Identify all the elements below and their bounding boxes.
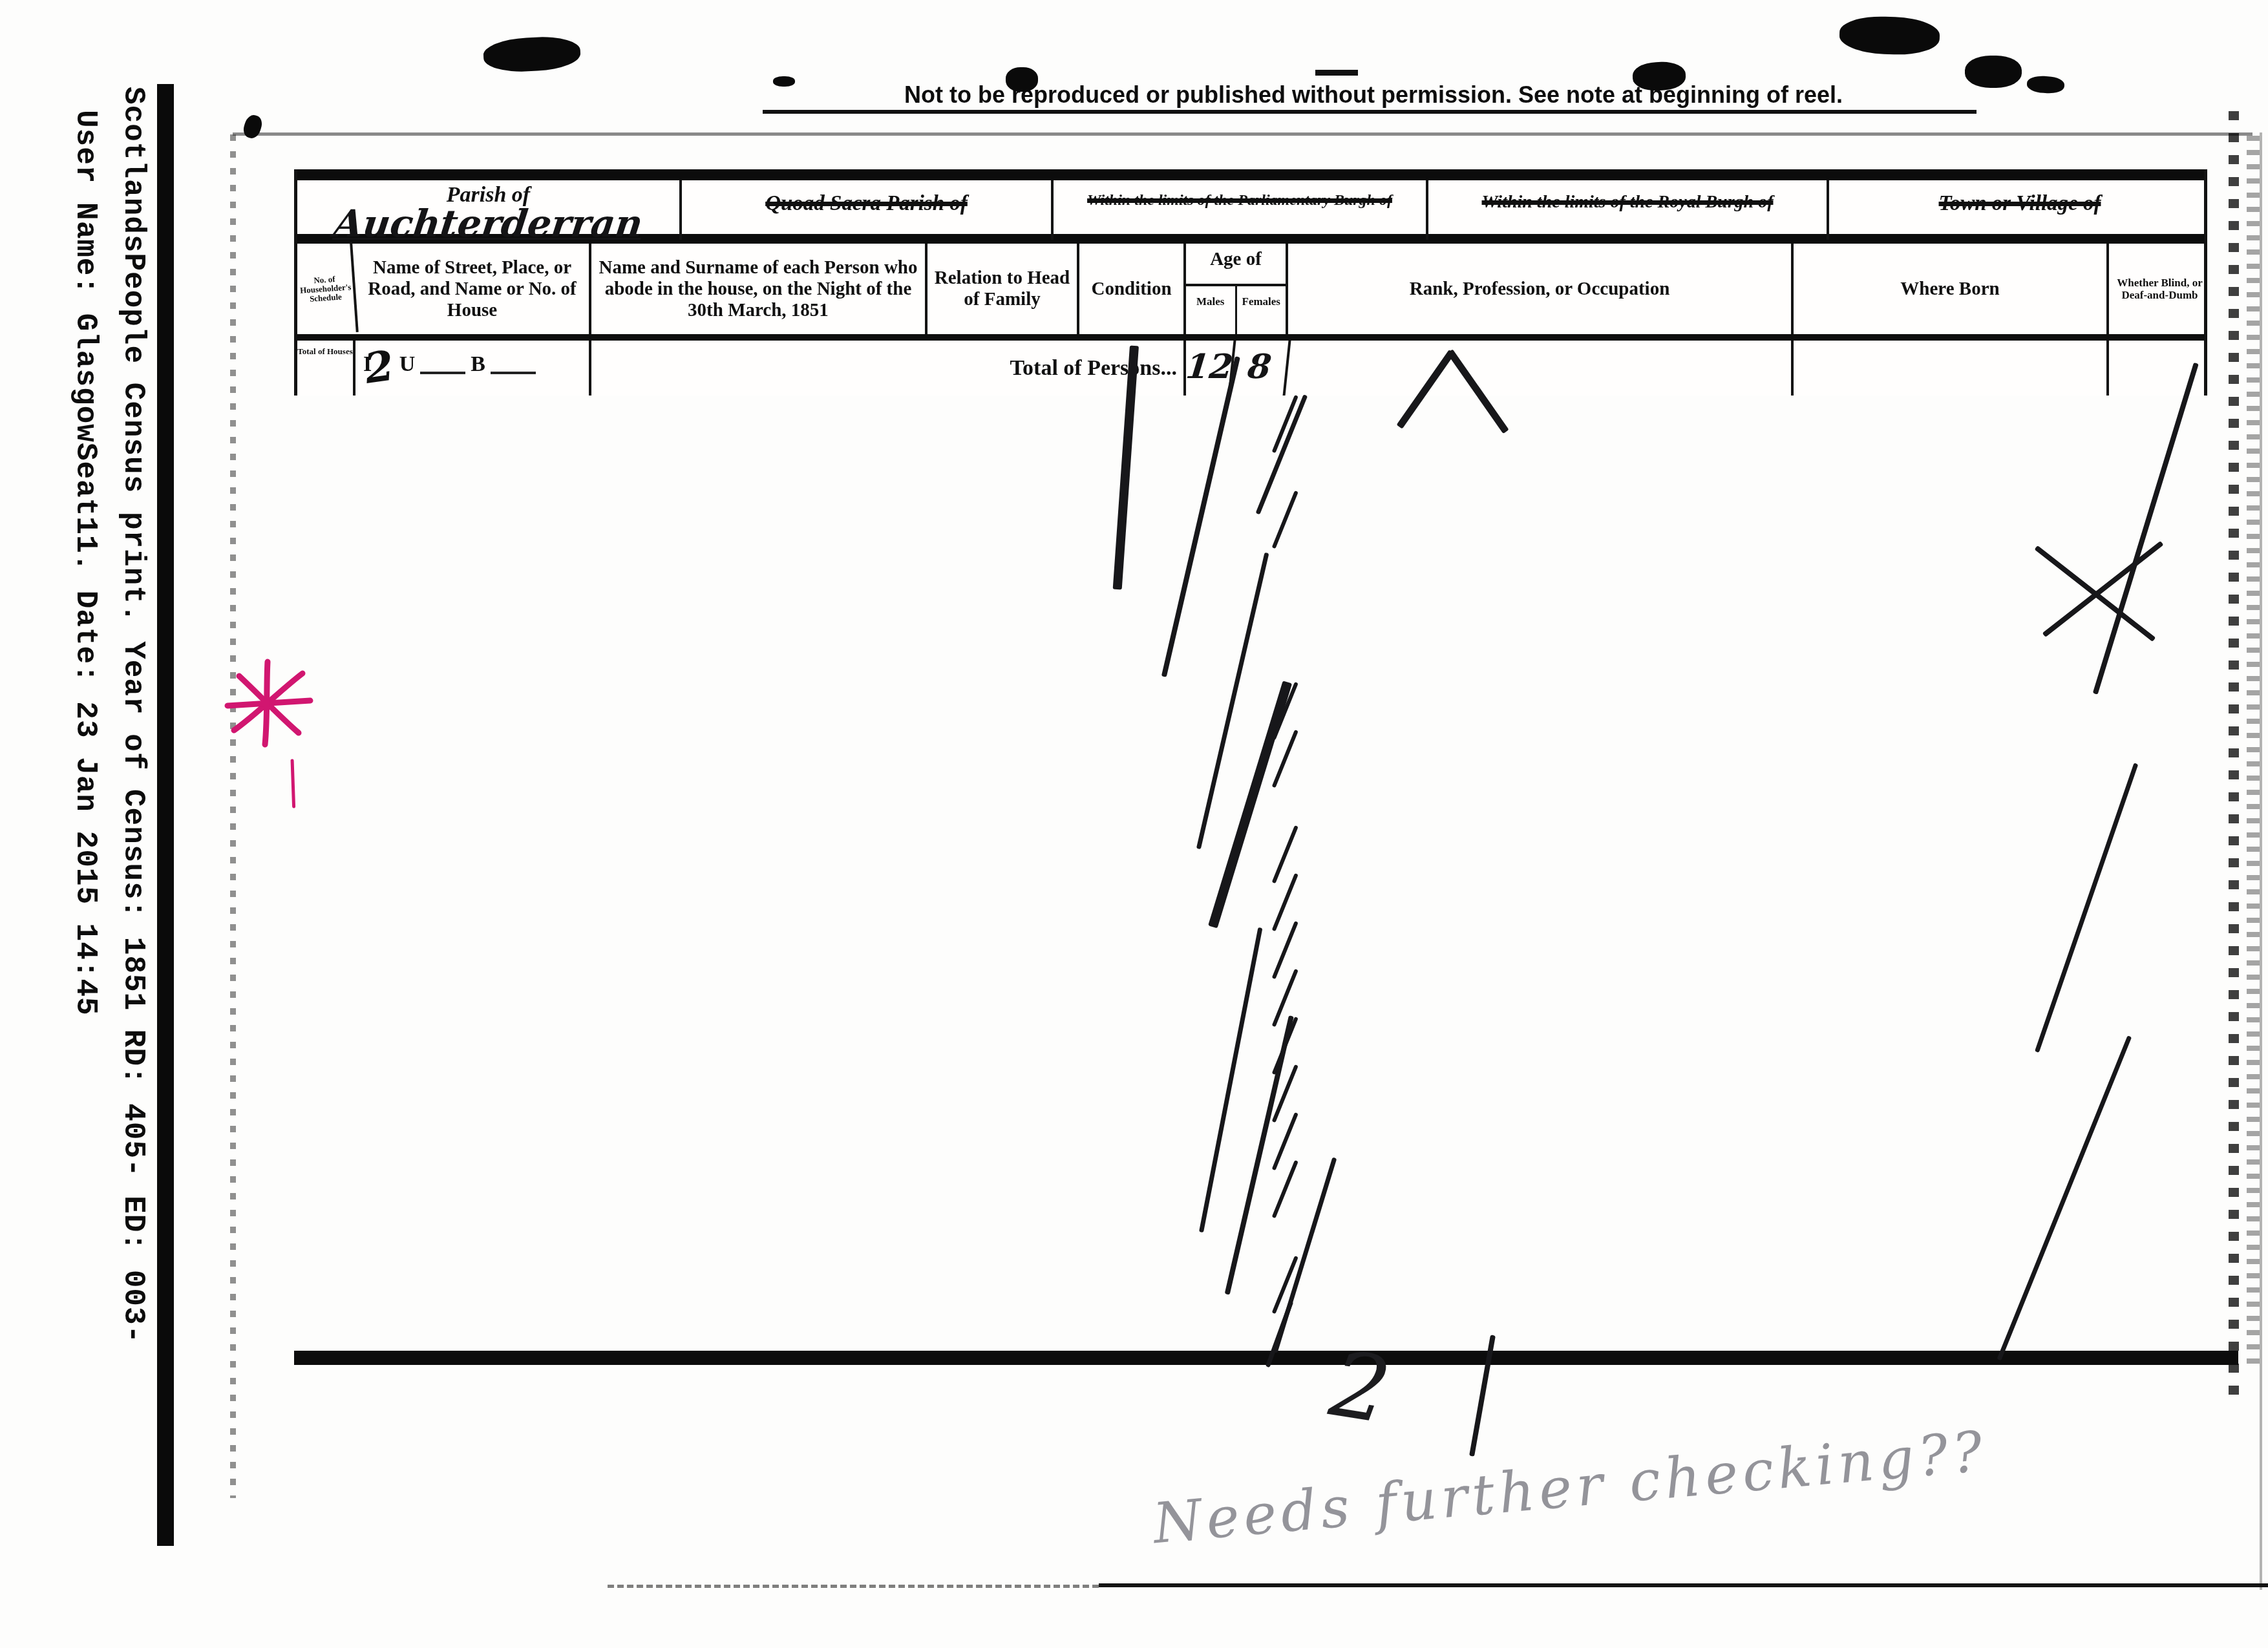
sidebar-user-info: User Name: GlasgowSeat11. Date: 23 Jan 2…: [70, 110, 100, 1016]
uninhabited-code: U: [399, 352, 416, 396]
parliamentary-burgh-cell: Within the limits of the Parliamentary B…: [1054, 180, 1428, 240]
age-of-label: Age of: [1186, 244, 1286, 286]
scan-speckle-strip: [2247, 136, 2260, 1364]
col-age-header: Age of Males Females: [1186, 244, 1288, 334]
scan-smudge: [2026, 76, 2064, 94]
scan-bottom-line: [1099, 1583, 2268, 1587]
quoad-sacra-cell: Quoad Sacra Parish of: [682, 180, 1054, 240]
page-left-edge: [230, 134, 236, 1498]
copyright-banner: Not to be reproduced or published withou…: [772, 81, 1975, 109]
ink-stroke: [2035, 763, 2138, 1053]
ink-stroke: [291, 759, 296, 808]
scan-speckle-strip: [2229, 111, 2239, 1397]
col-street-header: Name of Street, Place, or Road, and Name…: [355, 244, 591, 334]
scan-smudge: [1965, 56, 2022, 88]
ink-stroke: [1161, 356, 1240, 677]
pink-asterisk-mark: [220, 654, 317, 751]
blank-line: [491, 352, 536, 374]
ink-stroke: [1997, 1035, 2132, 1360]
col-condition-header: Condition: [1079, 244, 1186, 334]
totals-spare-cell: [1794, 341, 2109, 396]
inhabited-count-handwritten: 2: [362, 341, 397, 397]
age-females-label: Females: [1237, 286, 1286, 334]
scan-bottom-line: [608, 1585, 1099, 1588]
col-born-header: Where Born: [1794, 244, 2109, 334]
ink-stroke: [1272, 491, 1298, 549]
totals-spare-cell: [1288, 341, 1794, 396]
col-occupation-header: Rank, Profession, or Occupation: [1288, 244, 1794, 334]
page-right-edge: [2260, 132, 2262, 1590]
total-females-value: 8: [1231, 341, 1291, 396]
total-persons-label: Total of Persons...: [591, 341, 1186, 396]
banner-underline: [763, 110, 1977, 114]
scan-smudge: [483, 35, 582, 74]
parish-cell: Parish of Auchterderran: [297, 180, 682, 240]
ink-stroke: [2093, 363, 2199, 695]
column-headers: No. of Householder's Schedule Name of St…: [297, 244, 2204, 341]
banner-dash-mark: [1315, 70, 1358, 76]
totals-row: Total of Houses I 2 U B Total of Persons…: [297, 341, 2204, 396]
col-relation-header: Relation to Head of Family: [927, 244, 1079, 334]
blank-line: [420, 352, 465, 374]
ink-stroke: [1196, 553, 1269, 850]
col-schedule-header: No. of Householder's Schedule: [294, 242, 359, 336]
scan-smudge: [1839, 15, 1940, 56]
census-table: Parish of Auchterderran Quoad Sacra Pari…: [294, 169, 2207, 396]
parish-name-handwritten: Auchterderran: [295, 207, 681, 240]
scan-smudge: [1006, 67, 1038, 92]
houses-iub-cell: I 2 U B: [355, 341, 591, 396]
scan-smudge: [241, 113, 264, 140]
col-name-header: Name and Surname of each Person who abod…: [591, 244, 927, 334]
building-code: B: [471, 352, 485, 396]
age-males-label: Males: [1186, 286, 1237, 334]
census-scan-page: ScotlandsPeople Census print. Year of Ce…: [0, 0, 2268, 1648]
sidebar-divider-bar: [157, 84, 174, 1546]
ink-flourish-mark: 2: [1326, 1346, 1395, 1431]
scan-smudge: [773, 76, 795, 87]
parish-header-band: Parish of Auchterderran Quoad Sacra Pari…: [297, 169, 2204, 244]
ink-stroke: [2042, 541, 2164, 637]
pencil-note: Needs further checking??: [1150, 1419, 1989, 1556]
total-houses-label: Total of Houses: [297, 341, 355, 396]
royal-burgh-cell: Within the limits of the Royal Burgh of: [1428, 180, 1829, 240]
page-top-edge: [233, 132, 2252, 136]
sidebar-print-info: ScotlandsPeople Census print. Year of Ce…: [118, 87, 148, 1344]
col-disability-header: Whether Blind, or Deaf-and-Dumb: [2109, 244, 2210, 334]
town-village-cell: Town or Village of: [1829, 180, 2210, 240]
ink-stroke: [1256, 394, 1308, 514]
